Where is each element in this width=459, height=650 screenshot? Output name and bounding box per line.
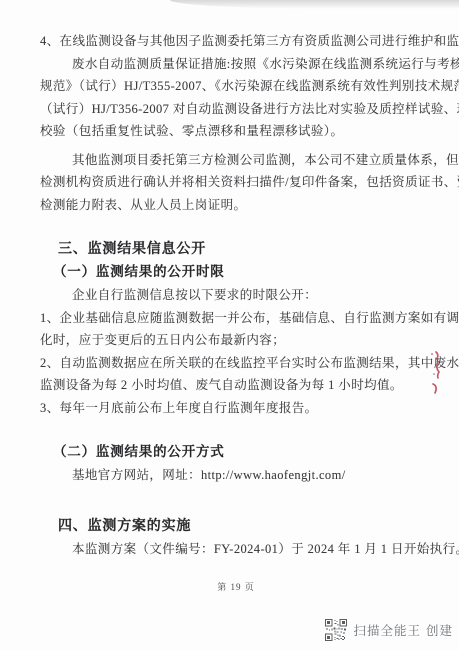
section-heading: 三、监测结果信息公开 [40,238,432,261]
scanned-document-page: 4、在线监测设备与其他因子监测委托第三方有资质监测公司进行维护和监测。废水自动监… [0,0,459,650]
text-line: 化时，应于变更后的五日内公布最新内容； [40,329,432,352]
paragraph: 其他监测项目委托第三方检测公司监测，本公司不建立质量体系，但已对检测机构资质进行… [40,149,432,217]
text-line: 本监测方案（文件编号：FY-2024-01）于 2024 年 1 月 1 日开始… [40,538,432,561]
text-line: （二）监测结果的公开方式 [40,441,432,464]
page-number: 第 19 页 [217,582,255,592]
text-line: 规范》（试行）HJ/T355-2007、《水污染源在线监测系统有效性判别技术规范… [40,75,432,98]
text-line: 废水自动监测质量保证措施:按照《水污染源在线监测系统运行与考核技术 [40,53,432,76]
text-line: 检测能力附表、从业人员上岗证明。 [40,194,432,217]
paragraph: 基地官方网站，网址：http://www.haofengjt.com/ [40,464,432,487]
text-line: 2、自动监测数据应在所关联的在线监控平台实时公布监测结果，其中废水自动 [40,352,432,375]
paragraph: 2、自动监测数据应在所关联的在线监控平台实时公布监测结果，其中废水自动监测设备为… [40,352,432,397]
paragraph: 1、企业基础信息应随监测数据一并公布，基础信息、自行监测方案如有调整变化时，应于… [40,307,432,352]
text-line: 监测设备为每 2 小时均值、废气自动监测设备为每 1 小时均值。 [40,374,432,397]
qr-code-icon [325,619,347,641]
paragraph: 废水自动监测质量保证措施:按照《水污染源在线监测系统运行与考核技术规范》（试行）… [40,53,432,143]
text-line: 四、监测方案的实施 [40,515,432,538]
text-line: （一）监测结果的公开时限 [40,261,432,284]
document-body: 4、在线监测设备与其他因子监测委托第三方有资质监测公司进行维护和监测。废水自动监… [40,30,432,560]
text-line: 检测机构资质进行确认并将相关资料扫描件/复印件备案，包括资质证书、资质 [40,171,432,194]
text-line: 校验（包括重复性试验、零点漂移和量程漂移试验）。 [40,120,432,143]
text-line: 3、每年一月底前公布上年度自行监测年度报告。 [40,397,432,420]
subsection-heading: （二）监测结果的公开方式 [40,441,432,464]
paragraph: 本监测方案（文件编号：FY-2024-01）于 2024 年 1 月 1 日开始… [40,538,432,561]
subsection-heading: （一）监测结果的公开时限 [40,261,432,284]
text-line: 4、在线监测设备与其他因子监测委托第三方有资质监测公司进行维护和监测。 [40,30,432,53]
paragraph: 3、每年一月底前公布上年度自行监测年度报告。 [40,397,432,420]
section-heading: 四、监测方案的实施 [40,515,432,538]
text-line: 基地官方网站，网址：http://www.haofengjt.com/ [40,464,432,487]
paragraph: 4、在线监测设备与其他因子监测委托第三方有资质监测公司进行维护和监测。 [40,30,432,53]
watermark-label: 扫描全能王 创建 [354,621,453,639]
text-line: 1、企业基础信息应随监测数据一并公布，基础信息、自行监测方案如有调整变 [40,307,432,330]
scanner-watermark: 扫描全能王 创建 [325,619,453,641]
scan-edge-shadow [170,0,459,9]
text-line: （试行）HJ/T356-2007 对自动监测设备进行方法比对实验及质控样试验、现… [40,98,432,121]
text-line: 其他监测项目委托第三方检测公司监测，本公司不建立质量体系，但已对 [40,149,432,172]
paragraph: 企业自行监测信息按以下要求的时限公开： [40,284,432,307]
page-footer: 第 19 页 [40,580,432,593]
text-line: 企业自行监测信息按以下要求的时限公开： [40,284,432,307]
text-line: 三、监测结果信息公开 [40,238,432,261]
